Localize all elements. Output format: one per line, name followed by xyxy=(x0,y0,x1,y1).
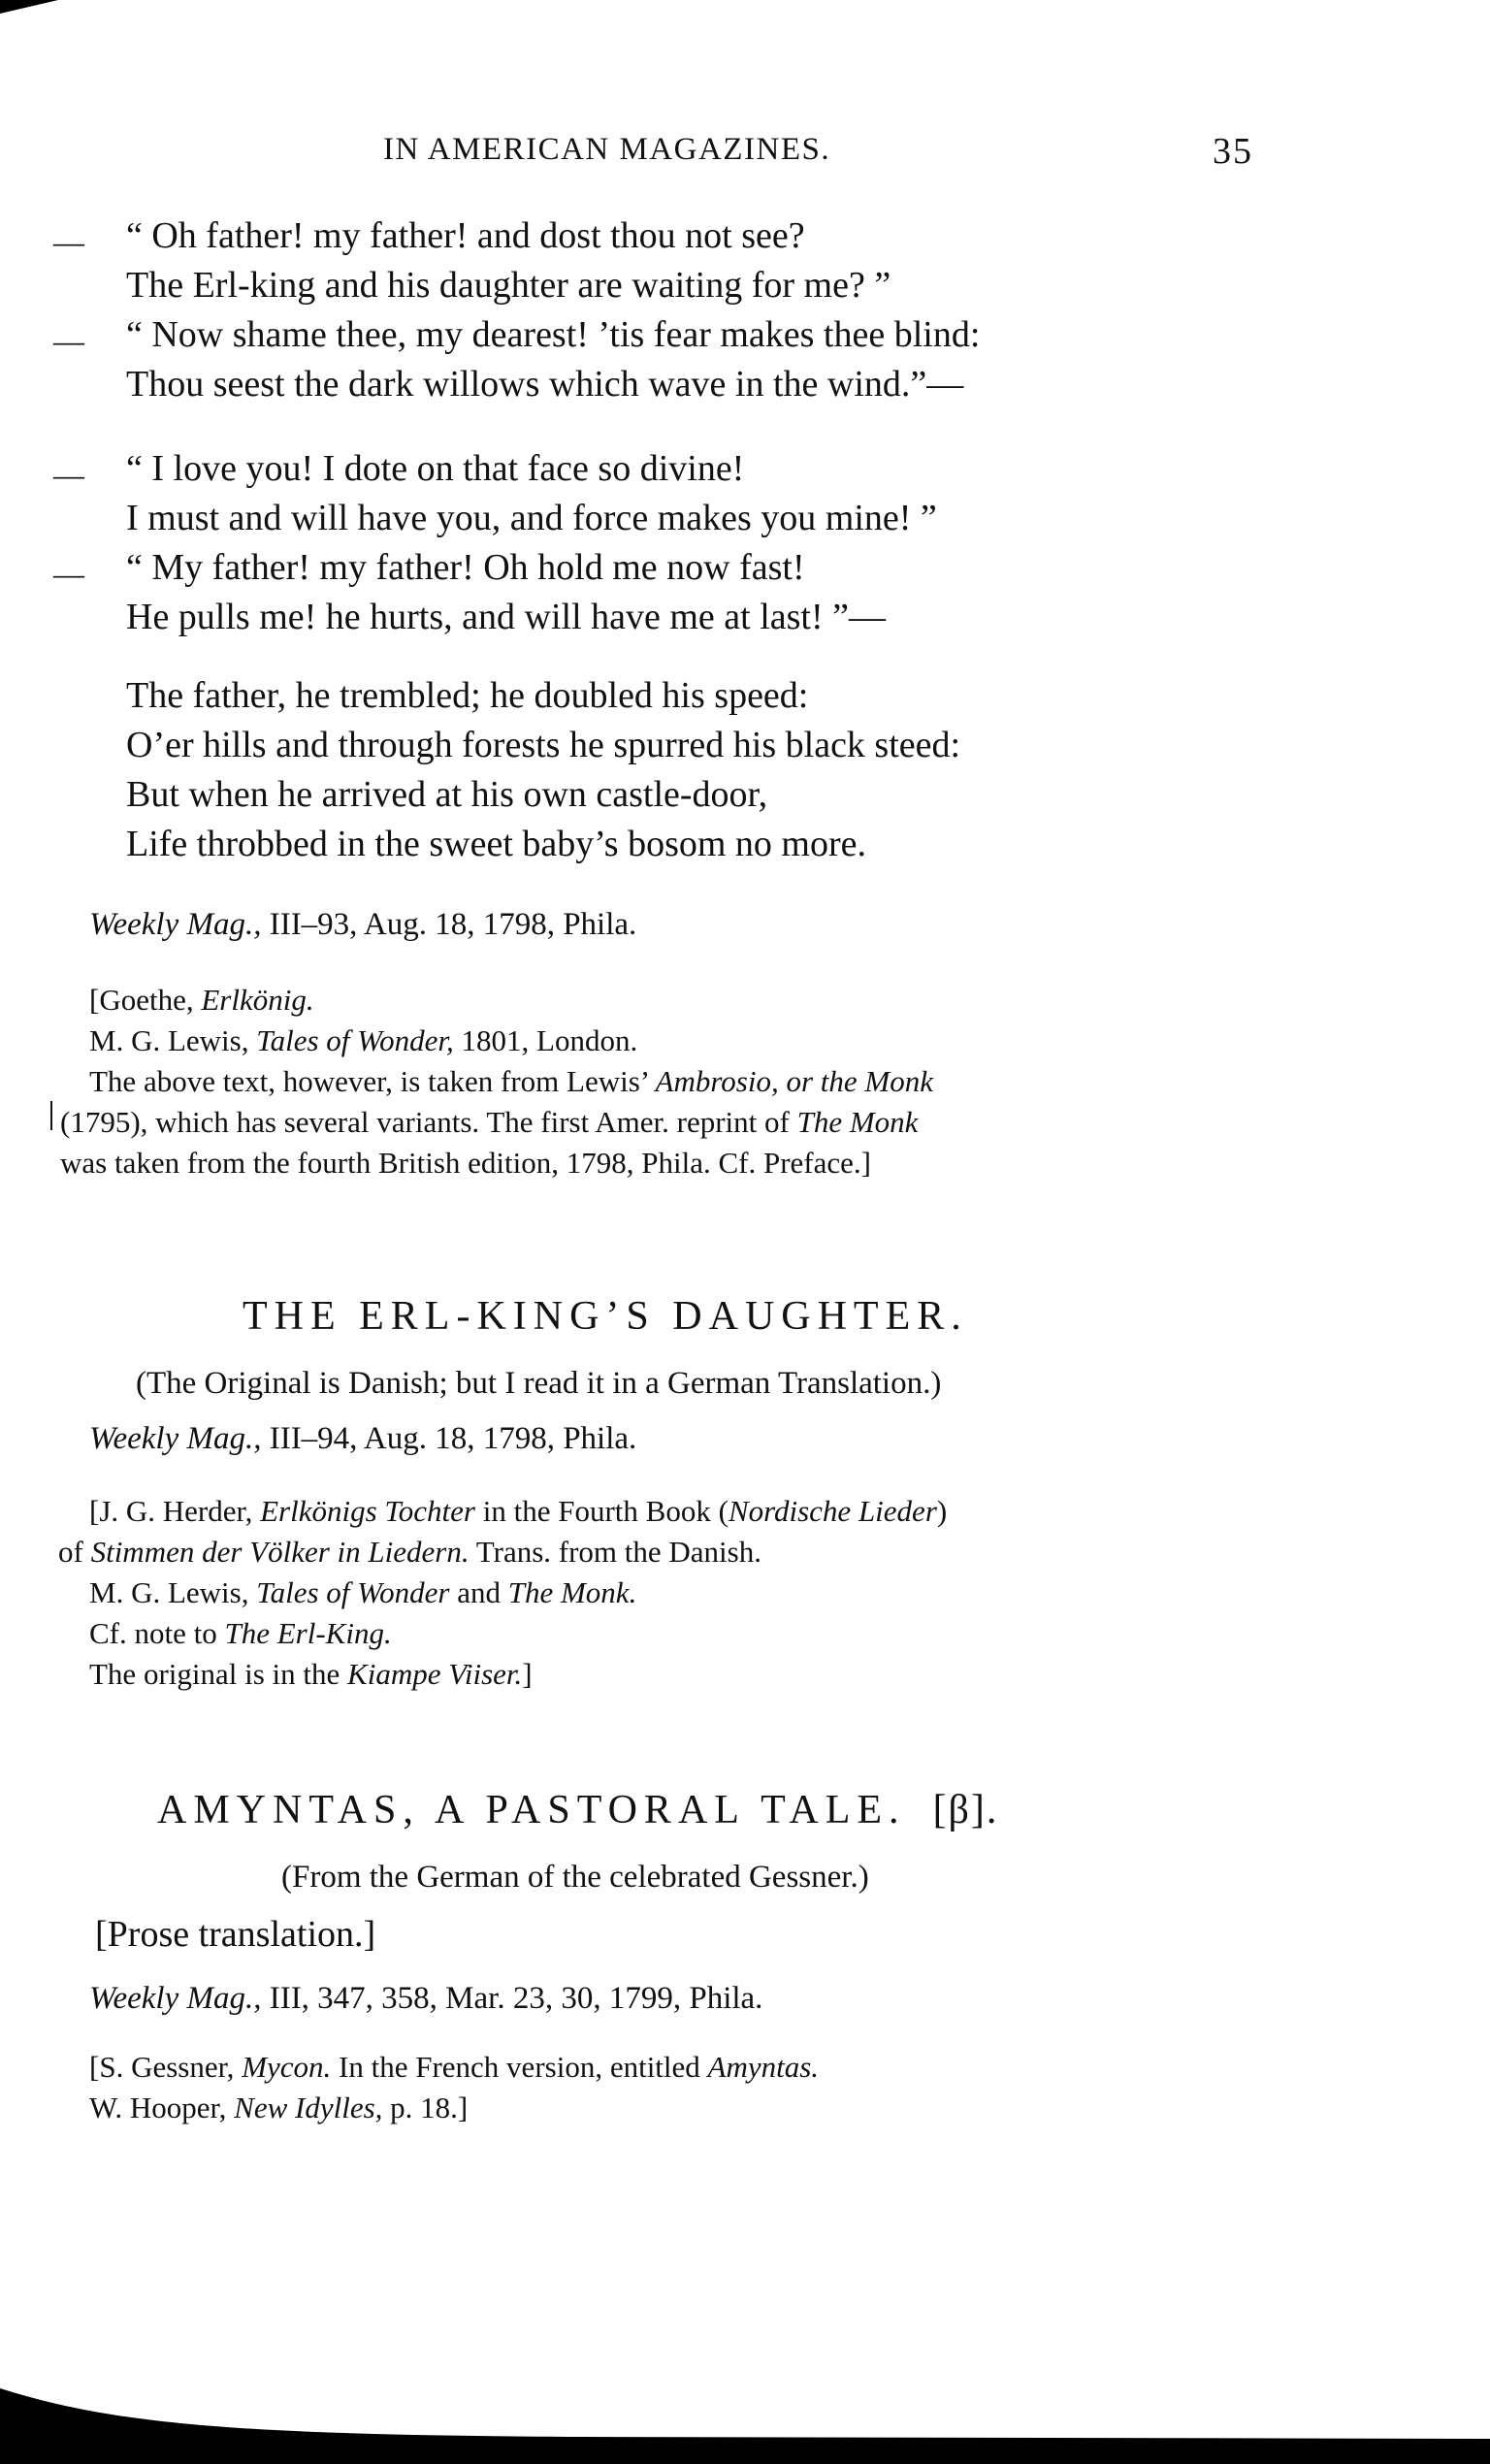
verse-line: But when he arrived at his own castle-do… xyxy=(126,770,960,820)
editorial-note: [S. Gessner, Mycon. In the French versio… xyxy=(89,2047,819,2128)
verse-line: Thou seest the dark willows which wave i… xyxy=(126,360,980,409)
note-line: M. G. Lewis, Tales of Wonder and The Mon… xyxy=(89,1572,947,1613)
section-title-erl-kings-daughter: THE ERL-KING’S DAUGHTER. xyxy=(243,1293,968,1340)
speaker-dash: — xyxy=(53,549,84,599)
note-line: [Goethe, Erlkönig. xyxy=(89,980,933,1021)
note-line: W. Hooper, New Idylles, p. 18.] xyxy=(89,2088,819,2128)
verse-line: I must and will have you, and force make… xyxy=(126,494,937,543)
note-line: (1795), which has several variants. The … xyxy=(60,1102,933,1143)
prose-note: [Prose translation.] xyxy=(95,1913,375,1956)
verse-line: Life throbbed in the sweet baby’s bosom … xyxy=(126,820,960,869)
verse-line: —“ Now shame thee, my dearest! ’tis fear… xyxy=(126,310,980,360)
section-subtitle: (From the German of the celebrated Gessn… xyxy=(281,1860,869,1896)
note-line: of Stimmen der Völker in Liedern. Trans.… xyxy=(58,1532,947,1572)
editorial-note: [J. G. Herder, Erlkönigs Tochter in the … xyxy=(89,1491,947,1695)
note-line: was taken from the fourth British editio… xyxy=(60,1143,933,1183)
verse-line: —“ Oh father! my father! and dost thou n… xyxy=(126,211,980,261)
note-line: Cf. note to The Erl-King. xyxy=(89,1613,947,1654)
speaker-dash: — xyxy=(53,450,84,500)
source-citation: Weekly Mag., III–94, Aug. 18, 1798, Phil… xyxy=(89,1421,636,1457)
scan-shadow-top xyxy=(0,0,58,14)
speaker-dash: — xyxy=(53,217,84,267)
running-header: IN AMERICAN MAGAZINES. xyxy=(383,132,830,168)
poem-stanza-3: The father, he trembled; he doubled his … xyxy=(126,671,960,869)
margin-mark xyxy=(50,1101,52,1130)
verse-line: —“ My father! my father! Oh hold me now … xyxy=(126,543,937,593)
source-citation: Weekly Mag., III, 347, 358, Mar. 23, 30,… xyxy=(89,1981,762,2017)
verse-line: The father, he trembled; he doubled his … xyxy=(126,671,960,721)
section-subtitle: (The Original is Danish; but I read it i… xyxy=(136,1366,941,1402)
section-title-amyntas: AMYNTAS, A PASTORAL TALE.[β]. xyxy=(157,1787,998,1833)
verse-line: —“ I love you! I dote on that face so di… xyxy=(126,444,937,494)
note-line: The original is in the Kiampe Viiser.] xyxy=(89,1654,947,1695)
status-marker: [β]. xyxy=(933,1788,999,1832)
speaker-dash: — xyxy=(53,316,84,366)
verse-line: O’er hills and through forests he spurre… xyxy=(126,721,960,770)
editorial-note: [Goethe, Erlkönig. M. G. Lewis, Tales of… xyxy=(89,980,933,1183)
poem-stanza-1: —“ Oh father! my father! and dost thou n… xyxy=(126,211,980,409)
poem-stanza-2: —“ I love you! I dote on that face so di… xyxy=(126,444,937,642)
note-line: The above text, however, is taken from L… xyxy=(89,1061,933,1102)
verse-line: He pulls me! he hurts, and will have me … xyxy=(126,593,937,642)
source-citation: Weekly Mag., III–93, Aug. 18, 1798, Phil… xyxy=(89,907,636,943)
note-line: [S. Gessner, Mycon. In the French versio… xyxy=(89,2047,819,2088)
note-line: M. G. Lewis, Tales of Wonder, 1801, Lond… xyxy=(89,1021,933,1061)
note-line: [J. G. Herder, Erlkönigs Tochter in the … xyxy=(89,1491,947,1532)
verse-line: The Erl-king and his daughter are waitin… xyxy=(126,261,980,310)
scan-shadow-bottom xyxy=(0,2386,1490,2464)
page-number: 35 xyxy=(1213,130,1253,173)
